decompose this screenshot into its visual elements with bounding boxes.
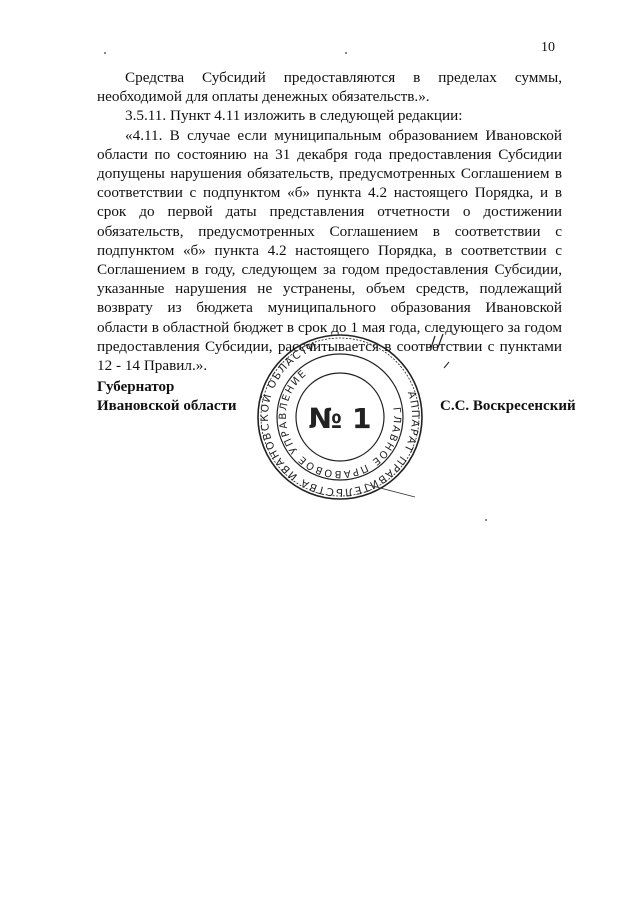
scan-speck — [104, 52, 106, 54]
position-line-2: Ивановской области — [97, 397, 237, 416]
paragraph-subsidy-funds: Средства Субсидий предоставляются в пред… — [97, 68, 562, 106]
signatory-position: Губернатор Ивановской области — [97, 378, 237, 416]
document-body: Средства Субсидий предоставляются в пред… — [97, 68, 562, 375]
official-seal: АППАРАТ ПРАВИТЕЛЬСТВА ИВАНОВСКОЙ ОБЛАСТИ… — [255, 332, 425, 502]
signature-mark — [425, 330, 465, 375]
page-number: 10 — [541, 40, 555, 56]
paragraph-item-3-5-11: 3.5.11. Пункт 4.11 изложить в следующей … — [97, 106, 562, 125]
signatory-name: С.С. Воскресенский — [440, 397, 576, 416]
position-line-1: Губернатор — [97, 378, 237, 397]
scan-speck — [485, 519, 487, 521]
seal-center-number: № 1 — [309, 402, 372, 435]
scan-speck — [345, 52, 347, 54]
